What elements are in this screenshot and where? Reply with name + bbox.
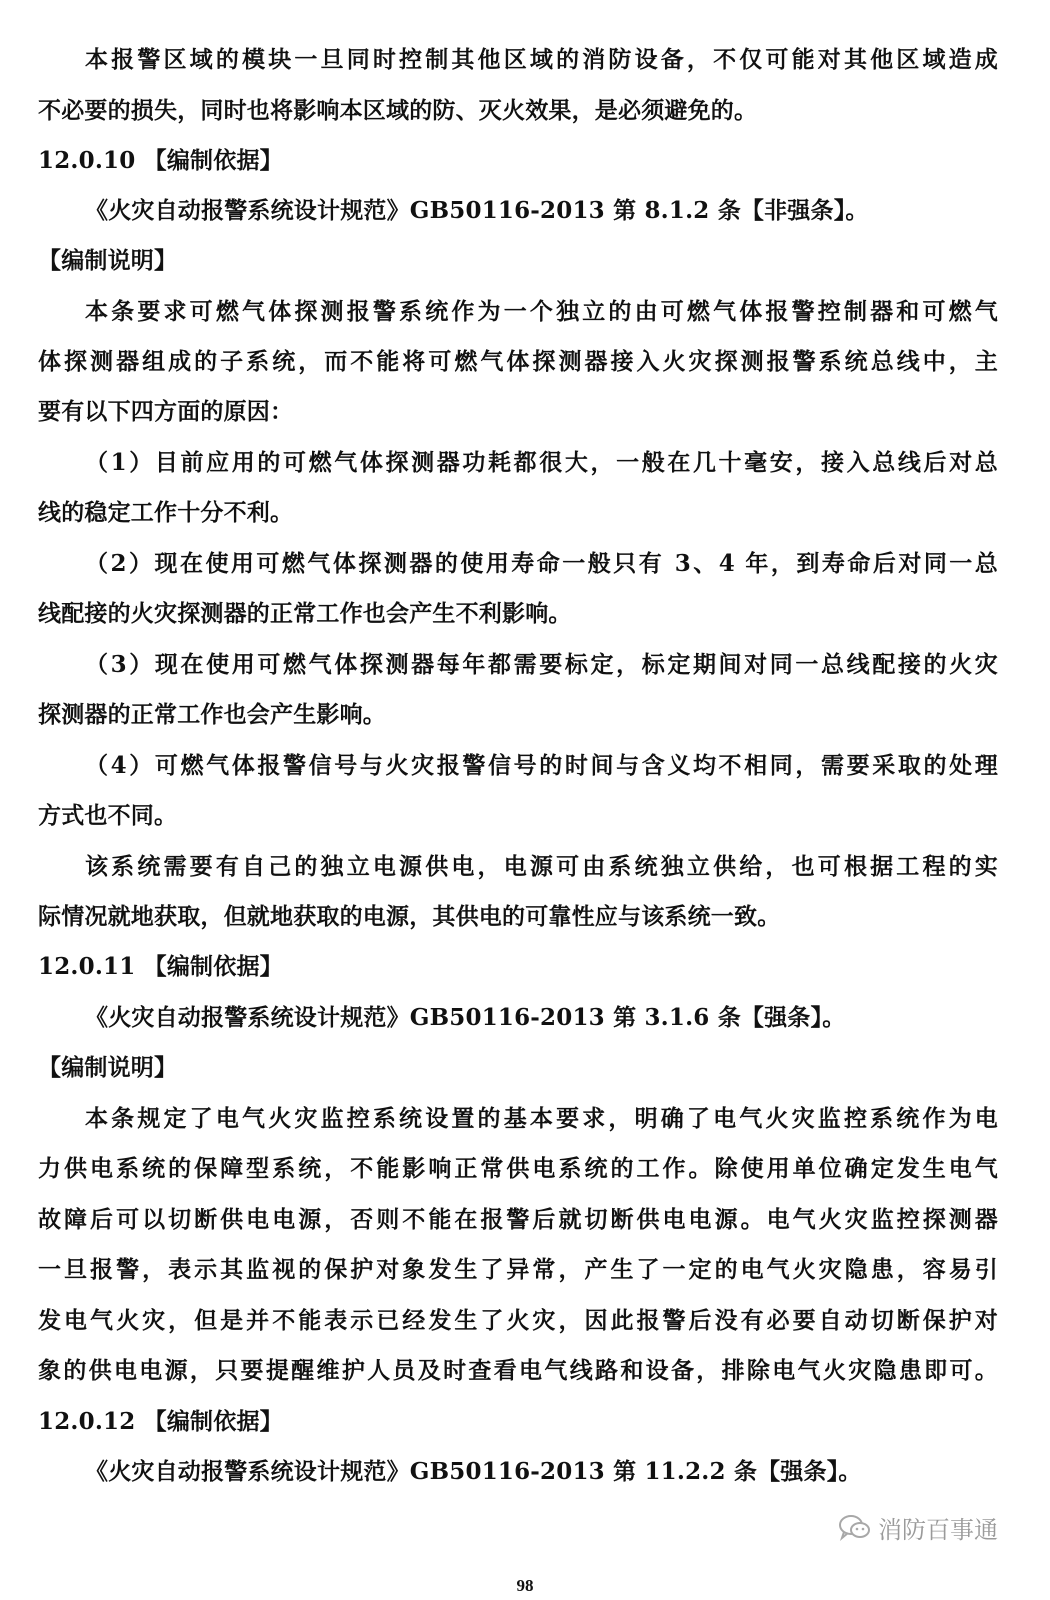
watermark-text: 消防百事通 — [878, 1510, 998, 1545]
text-line: 线配接的火灾探测器的正常工作也会产生不利影响。 — [38, 599, 572, 629]
text-line: 力供电系统的保障型系统，不能影响正常供电系统的工作。除使用单位确定发生电气 — [38, 1154, 998, 1184]
text-line: 12.0.11 【编制依据】 — [38, 952, 283, 982]
text-line: 《火灾自动报警系统设计规范》GB50116-2013 第 3.1.6 条【强条】… — [85, 1003, 845, 1033]
text-line: 12.0.10 【编制依据】 — [38, 146, 283, 176]
text-line: 【编制说明】 — [38, 1053, 177, 1083]
watermark: 消防百事通 — [838, 1510, 998, 1545]
text-line: 故障后可以切断供电电源，否则不能在报警后就切断供电电源。电气火灾监控探测器 — [38, 1205, 998, 1235]
text-line: 不必要的损失，同时也将影响本区域的防、灭火效果，是必须避免的。 — [38, 96, 757, 126]
text-line: 12.0.12 【编制依据】 — [38, 1407, 283, 1437]
wechat-icon — [838, 1513, 872, 1543]
text-line: 际情况就地获取，但就地获取的电源，其供电的可靠性应与该系统一致。 — [38, 902, 780, 932]
text-line: 要有以下四方面的原因： — [38, 397, 293, 427]
text-line: （2）现在使用可燃气体探测器的使用寿命一般只有 3、4 年，到寿命后对同一总 — [85, 549, 998, 579]
text-line: 《火灾自动报警系统设计规范》GB50116-2013 第 11.2.2 条【强条… — [85, 1457, 862, 1487]
text-line: 一旦报警，表示其监视的保护对象发生了异常，产生了一定的电气火灾隐患，容易引 — [38, 1255, 998, 1285]
text-line: 发电气火灾，但是并不能表示已经发生了火灾，因此报警后没有必要自动切断保护对 — [38, 1306, 998, 1336]
text-line: 本条规定了电气火灾监控系统设置的基本要求，明确了电气火灾监控系统作为电 — [85, 1104, 998, 1134]
text-line: 象的供电电源，只要提醒维护人员及时查看电气线路和设备，排除电气火灾隐患即可。 — [38, 1356, 998, 1386]
text-line: 《火灾自动报警系统设计规范》GB50116-2013 第 8.1.2 条【非强条… — [85, 196, 869, 226]
text-line: 方式也不同。 — [38, 801, 177, 831]
text-line: 【编制说明】 — [38, 246, 177, 276]
text-line: 本报警区域的模块一旦同时控制其他区域的消防设备，不仅可能对其他区域造成 — [85, 45, 998, 75]
document-page: 本报警区域的模块一旦同时控制其他区域的消防设备，不仅可能对其他区域造成不必要的损… — [0, 0, 1050, 1600]
text-line: （4）可燃气体报警信号与火灾报警信号的时间与含义均不相同，需要采取的处理 — [85, 751, 998, 781]
text-line: 体探测器组成的子系统，而不能将可燃气体探测器接入火灾探测报警系统总线中，主 — [38, 347, 998, 377]
text-line: 本条要求可燃气体探测报警系统作为一个独立的由可燃气体报警控制器和可燃气 — [85, 297, 998, 327]
text-line: （3）现在使用可燃气体探测器每年都需要标定，标定期间对同一总线配接的火灾 — [85, 650, 998, 680]
text-line: 探测器的正常工作也会产生影响。 — [38, 700, 386, 730]
text-line: 线的稳定工作十分不利。 — [38, 498, 293, 528]
text-line: 该系统需要有自己的独立电源供电，电源可由系统独立供给，也可根据工程的实 — [85, 852, 998, 882]
page-number: 98 — [0, 1576, 1050, 1596]
text-line: （1）目前应用的可燃气体探测器功耗都很大，一般在几十毫安，接入总线后对总 — [85, 448, 998, 478]
